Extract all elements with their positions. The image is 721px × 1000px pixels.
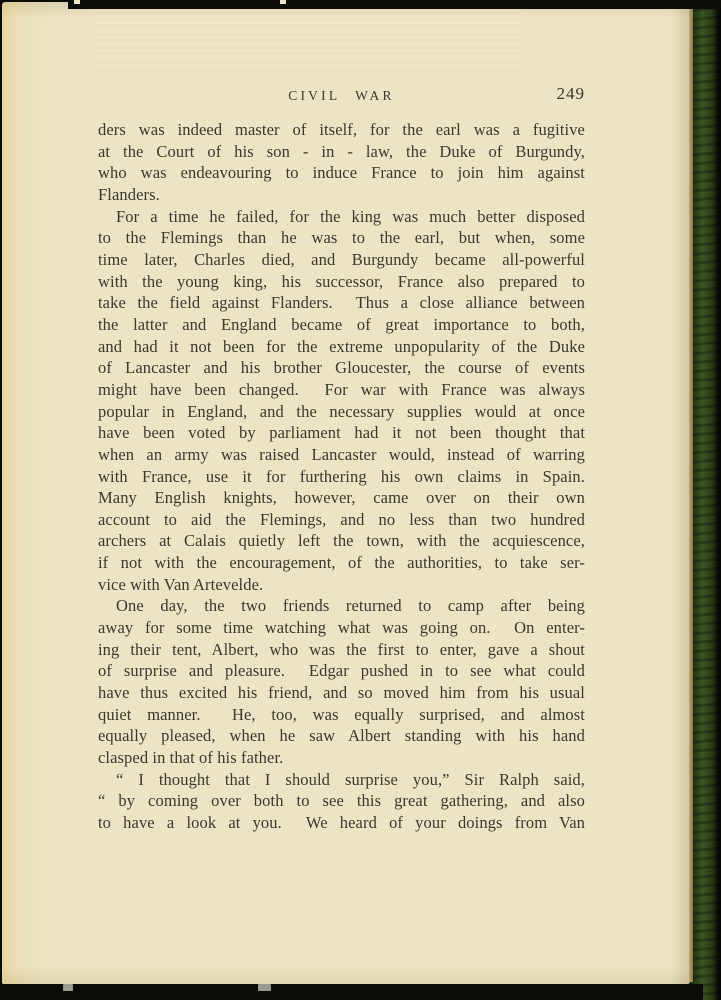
text-line: “ I thought that I should surprise you,”… [98, 769, 585, 791]
body-text: ders was indeed master of itself, for th… [98, 119, 585, 834]
text-line: who was endeavouring to induce France to… [98, 162, 585, 184]
text-line: the latter and England became of great i… [98, 314, 585, 336]
text-line: time later, Charles died, and Burgundy b… [98, 249, 585, 271]
text-line: might have been changed. For war with Fr… [98, 379, 585, 401]
text-line: if not with the encouragement, of the au… [98, 552, 585, 574]
paragraph: ders was indeed master of itself, for th… [98, 119, 585, 206]
running-title: CIVIL WAR [98, 86, 585, 106]
text-line: have thus excited his friend, and so mov… [98, 682, 585, 704]
text-line: take the field against Flanders. Thus a … [98, 292, 585, 314]
text-line: when an army was raised Lancaster would,… [98, 444, 585, 466]
text-line: “ by coming over both to see this great … [98, 790, 585, 812]
text-line: One day, the two friends returned to cam… [98, 595, 585, 617]
paragraph: One day, the two friends returned to cam… [98, 595, 585, 768]
text-line: of Lancaster and his brother Gloucester,… [98, 357, 585, 379]
text-line: ing their tent, Albert, who was the firs… [98, 639, 585, 661]
page-number: 249 [557, 83, 586, 105]
text-line: of surprise and pleasure. Edgar pushed i… [98, 660, 585, 682]
text-line: Many English knights, however, came over… [98, 487, 585, 509]
text-line: For a time he failed, for the king was m… [98, 206, 585, 228]
text-line: with the young king, his successor, Fran… [98, 271, 585, 293]
text-line: quiet manner. He, too, was equally surpr… [98, 704, 585, 726]
text-line: ders was indeed master of itself, for th… [98, 119, 585, 141]
text-line: to have a look at you. We heard of your … [98, 812, 585, 834]
scanned-book-photo: CIVIL WAR 249 ders was indeed master of … [0, 0, 721, 1000]
text-line: account to aid the Flemings, and no less… [98, 509, 585, 531]
text-line: popular in England, and the necessary su… [98, 401, 585, 423]
text-line: equally pleased, when he saw Albert stan… [98, 725, 585, 747]
text-line: and had it not been for the extreme unpo… [98, 336, 585, 358]
text-line: clasped in that of his father. [98, 747, 585, 769]
printed-content: CIVIL WAR 249 ders was indeed master of … [0, 0, 721, 1000]
text-line: away for some time watching what was goi… [98, 617, 585, 639]
text-line: to the Flemings than he was to the earl,… [98, 227, 585, 249]
text-line: with France, use it for furthering his o… [98, 466, 585, 488]
text-line: at the Court of his son - in - law, the … [98, 141, 585, 163]
text-line: have been voted by parliament had it not… [98, 422, 585, 444]
page-header: CIVIL WAR 249 [98, 86, 585, 108]
paragraph: “ I thought that I should surprise you,”… [98, 769, 585, 834]
text-line: archers at Calais quietly left the town,… [98, 530, 585, 552]
text-line: Flanders. [98, 184, 585, 206]
paragraph: For a time he failed, for the king was m… [98, 206, 585, 596]
text-line: vice with Van Artevelde. [98, 574, 585, 596]
